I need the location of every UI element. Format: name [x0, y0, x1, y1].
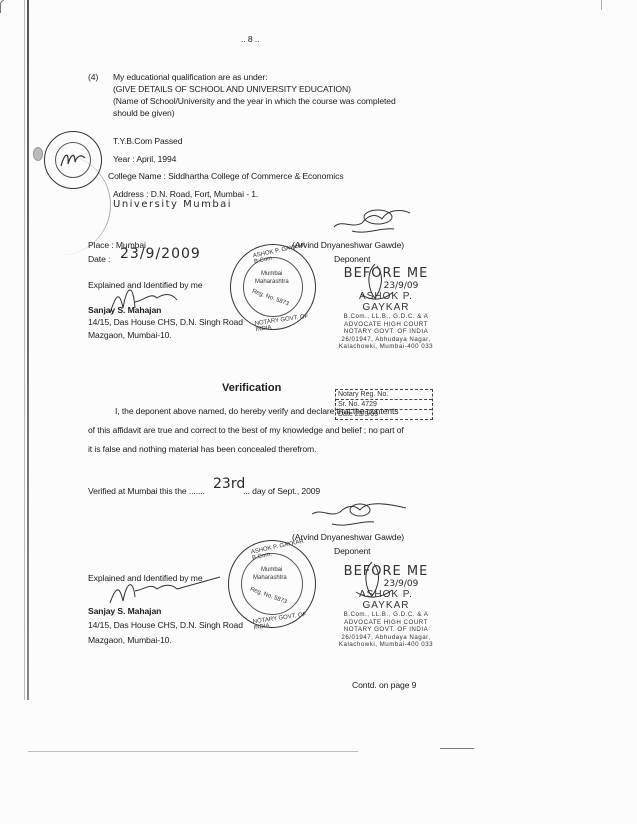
deponent-signature [332, 205, 412, 235]
section-line-3: (Name of School/University and the year … [113, 96, 396, 106]
date-handwritten: 23/9/2009 [120, 246, 201, 262]
verified-suffix: ... day of Sept., 2009 [243, 486, 320, 496]
notary-addr-2-2: Kalachowki, Mumbai-400 033 [334, 641, 438, 649]
date-label: Date : [88, 254, 110, 264]
verified-prefix: Verified at Mumbai this the ....... [88, 486, 205, 496]
education-course: T.Y.B.Com Passed [113, 136, 182, 146]
notary-quals: B.Com., LL.B., G.D.C. & A [334, 313, 438, 321]
notary-signature [355, 262, 395, 302]
identifier-address-2-2: Mazgaon, Mumbai-10. [88, 635, 172, 645]
continued-note: Contd. on page 9 [352, 680, 416, 690]
verification-para-3: it is false and nothing material has bee… [88, 444, 316, 454]
seal-ring-bottom: NOTARY GOVT. OF INDIA [254, 313, 315, 333]
bottom-mark [440, 748, 474, 749]
reg-row-1: Notary Reg. No. [336, 390, 432, 400]
notary-govt: NOTARY GOVT. OF INDIA [334, 328, 438, 336]
seal-center-1: Mumbai [261, 271, 282, 277]
verification-heading: Verification [222, 382, 281, 394]
bottom-rule [28, 751, 358, 752]
seal-2-ring-bottom: NOTARY GOVT. OF INDIA [252, 611, 315, 632]
seal-center-2: Maharashtra [255, 279, 289, 285]
notary-addr-2-1: 26/01947, Abhudaya Nagar, [334, 634, 438, 642]
notary-addr-1: 26/01947, Abhudaya Nagar, [334, 336, 438, 344]
binding-shadow [24, 0, 25, 700]
education-college: College Name : Siddhartha College of Com… [108, 171, 344, 181]
notary-addr-2: Kalachowki, Mumbai-400 033 [334, 343, 438, 351]
education-university-handwritten: University Mumbai [113, 199, 232, 210]
verified-day-handwritten: 23rd [213, 476, 245, 492]
section-line-2: (GIVE DETAILS OF SCHOOL AND UNIVERSITY E… [113, 84, 351, 94]
college-stamp-signature [59, 148, 87, 172]
education-address: Address : D.N. Road, Fort, Mumbai - 1. [113, 189, 258, 199]
notary-title: ADVOCATE HIGH COURT [334, 321, 438, 329]
seal-2-center-1: Mumbai [261, 567, 282, 573]
section-line-1: My educational qualification are as unde… [113, 72, 267, 82]
identifier-signature-2 [105, 575, 225, 605]
deponent-signature-2 [310, 500, 410, 530]
deponent-label-2: Deponent [334, 546, 370, 556]
college-stamp [44, 131, 102, 189]
verification-para-2: of this affidavit are true and correct t… [88, 425, 404, 435]
section-number: (4) [88, 72, 98, 82]
notary-govt-2: NOTARY GOVT. OF INDIA [334, 626, 438, 634]
binding-line [27, 0, 29, 700]
notary-seal-2: ASHOK P. GAYKAR B.Com. NOTARY GOVT. OF I… [228, 540, 316, 628]
identifier-address-2: Mazgaon, Mumbai-10. [88, 330, 172, 340]
notary-seal: ASHOK P. GAYKAR B.Com. NOTARY GOVT. OF I… [230, 244, 316, 330]
identifier-address-1: 14/15, Das House CHS, D.N. Singh Road [88, 317, 243, 327]
identifier-address-2-1: 14/15, Das House CHS, D.N. Singh Road [88, 620, 243, 630]
section-line-4: should be given) [113, 108, 174, 118]
page-edge [0, 0, 4, 13]
identifier-name-2: Sanjay S. Mahajan [88, 606, 161, 616]
seal-2-center-2: Maharashtra [253, 575, 287, 581]
education-year: Year : April, 1994 [113, 154, 176, 164]
page-number-header: .. 8 .. [241, 34, 259, 44]
identifier-name: Sanjay S. Mahajan [88, 305, 161, 315]
notary-title-2: ADVOCATE HIGH COURT [334, 619, 438, 627]
notary-signature-2 [352, 560, 396, 600]
edge-mark [601, 0, 602, 10]
verification-para-1: I, the deponent above named, do hereby v… [115, 406, 398, 416]
notary-quals-2: B.Com., LL.B., G.D.C. & A [334, 611, 438, 619]
